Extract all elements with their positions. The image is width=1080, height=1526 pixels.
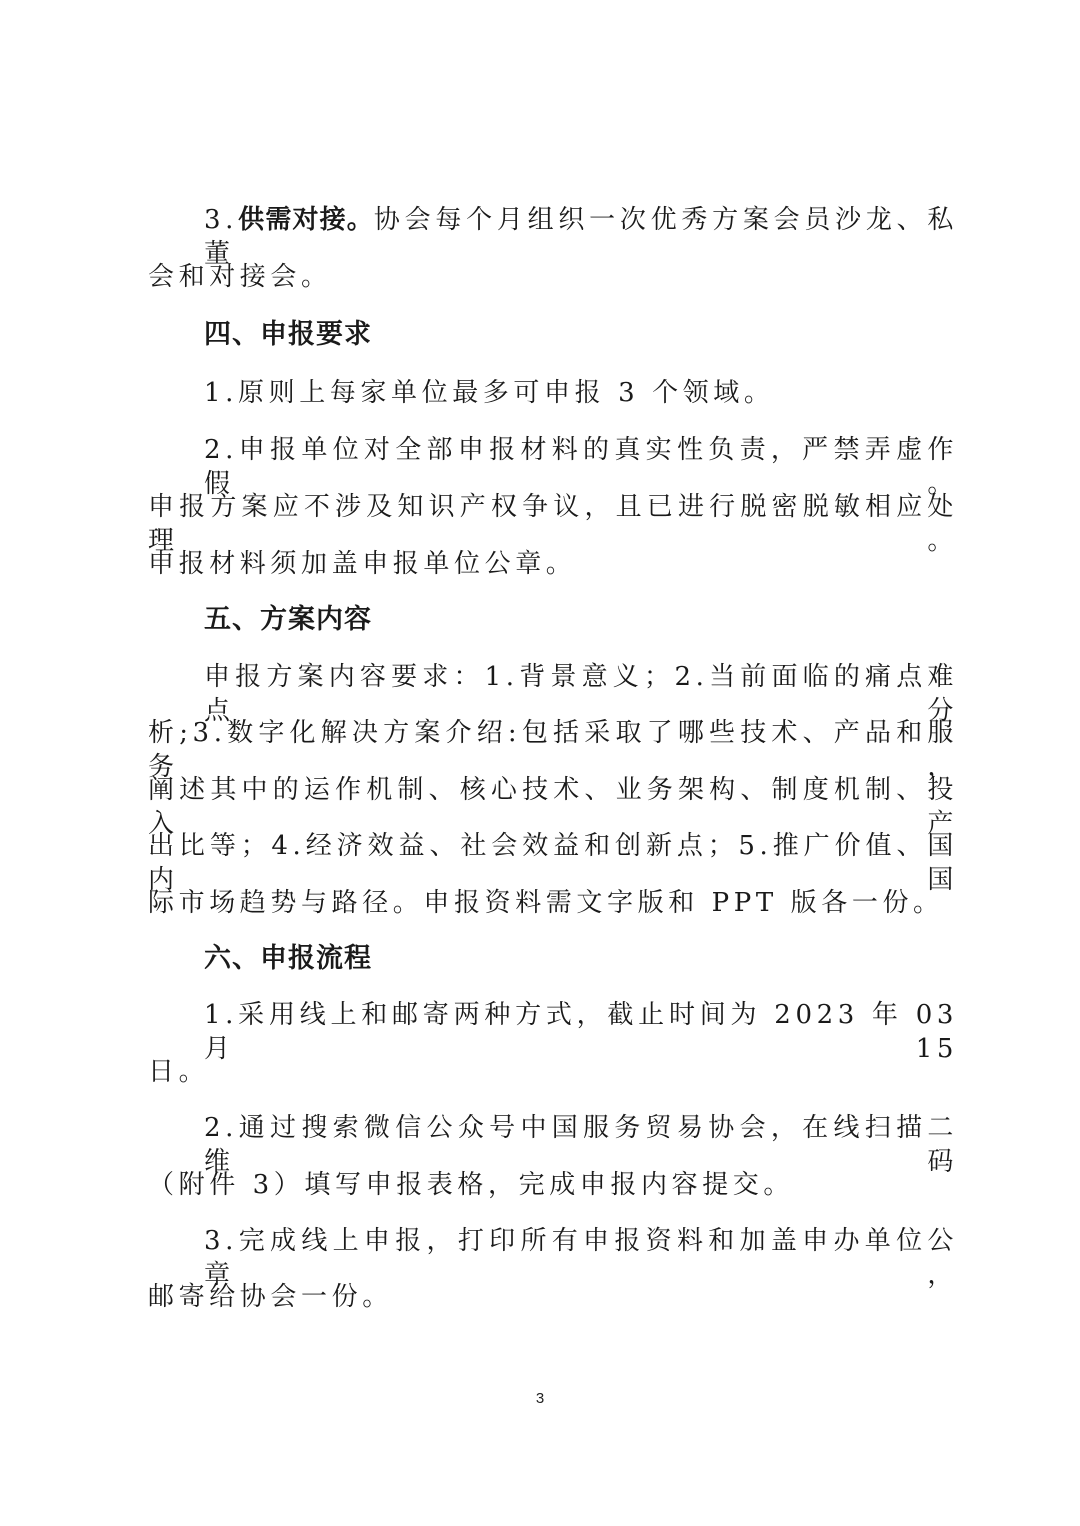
section-heading-requirements: 四、申报要求: [204, 318, 958, 352]
section-heading-content: 五、方案内容: [204, 603, 958, 637]
page-number: 3: [530, 1390, 550, 1407]
section-heading-process: 六、申报流程: [204, 942, 958, 976]
process-2-line2: （附件 3）填写申报表格，完成申报内容提交。: [148, 1168, 958, 1202]
document-page: 3.供需对接。协会每个月组织一次优秀方案会员沙龙、私董 会和对接会。 四、申报要…: [0, 0, 1080, 1526]
item-bold-title: 供需对接。: [238, 205, 374, 235]
process-1-line2: 日。: [148, 1055, 958, 1089]
item-number: 3.: [204, 205, 238, 235]
requirement-2-line3: 申报材料须加盖申报单位公章。: [148, 547, 958, 581]
paragraph-item3-line2: 会和对接会。: [148, 260, 958, 294]
process-3-line2: 邮寄给协会一份。: [148, 1280, 958, 1314]
requirement-1: 1.原则上每家单位最多可申报 3 个领域。: [204, 376, 958, 410]
content-line5: 际市场趋势与路径。申报资料需文字版和 PPT 版各一份。: [148, 886, 958, 920]
